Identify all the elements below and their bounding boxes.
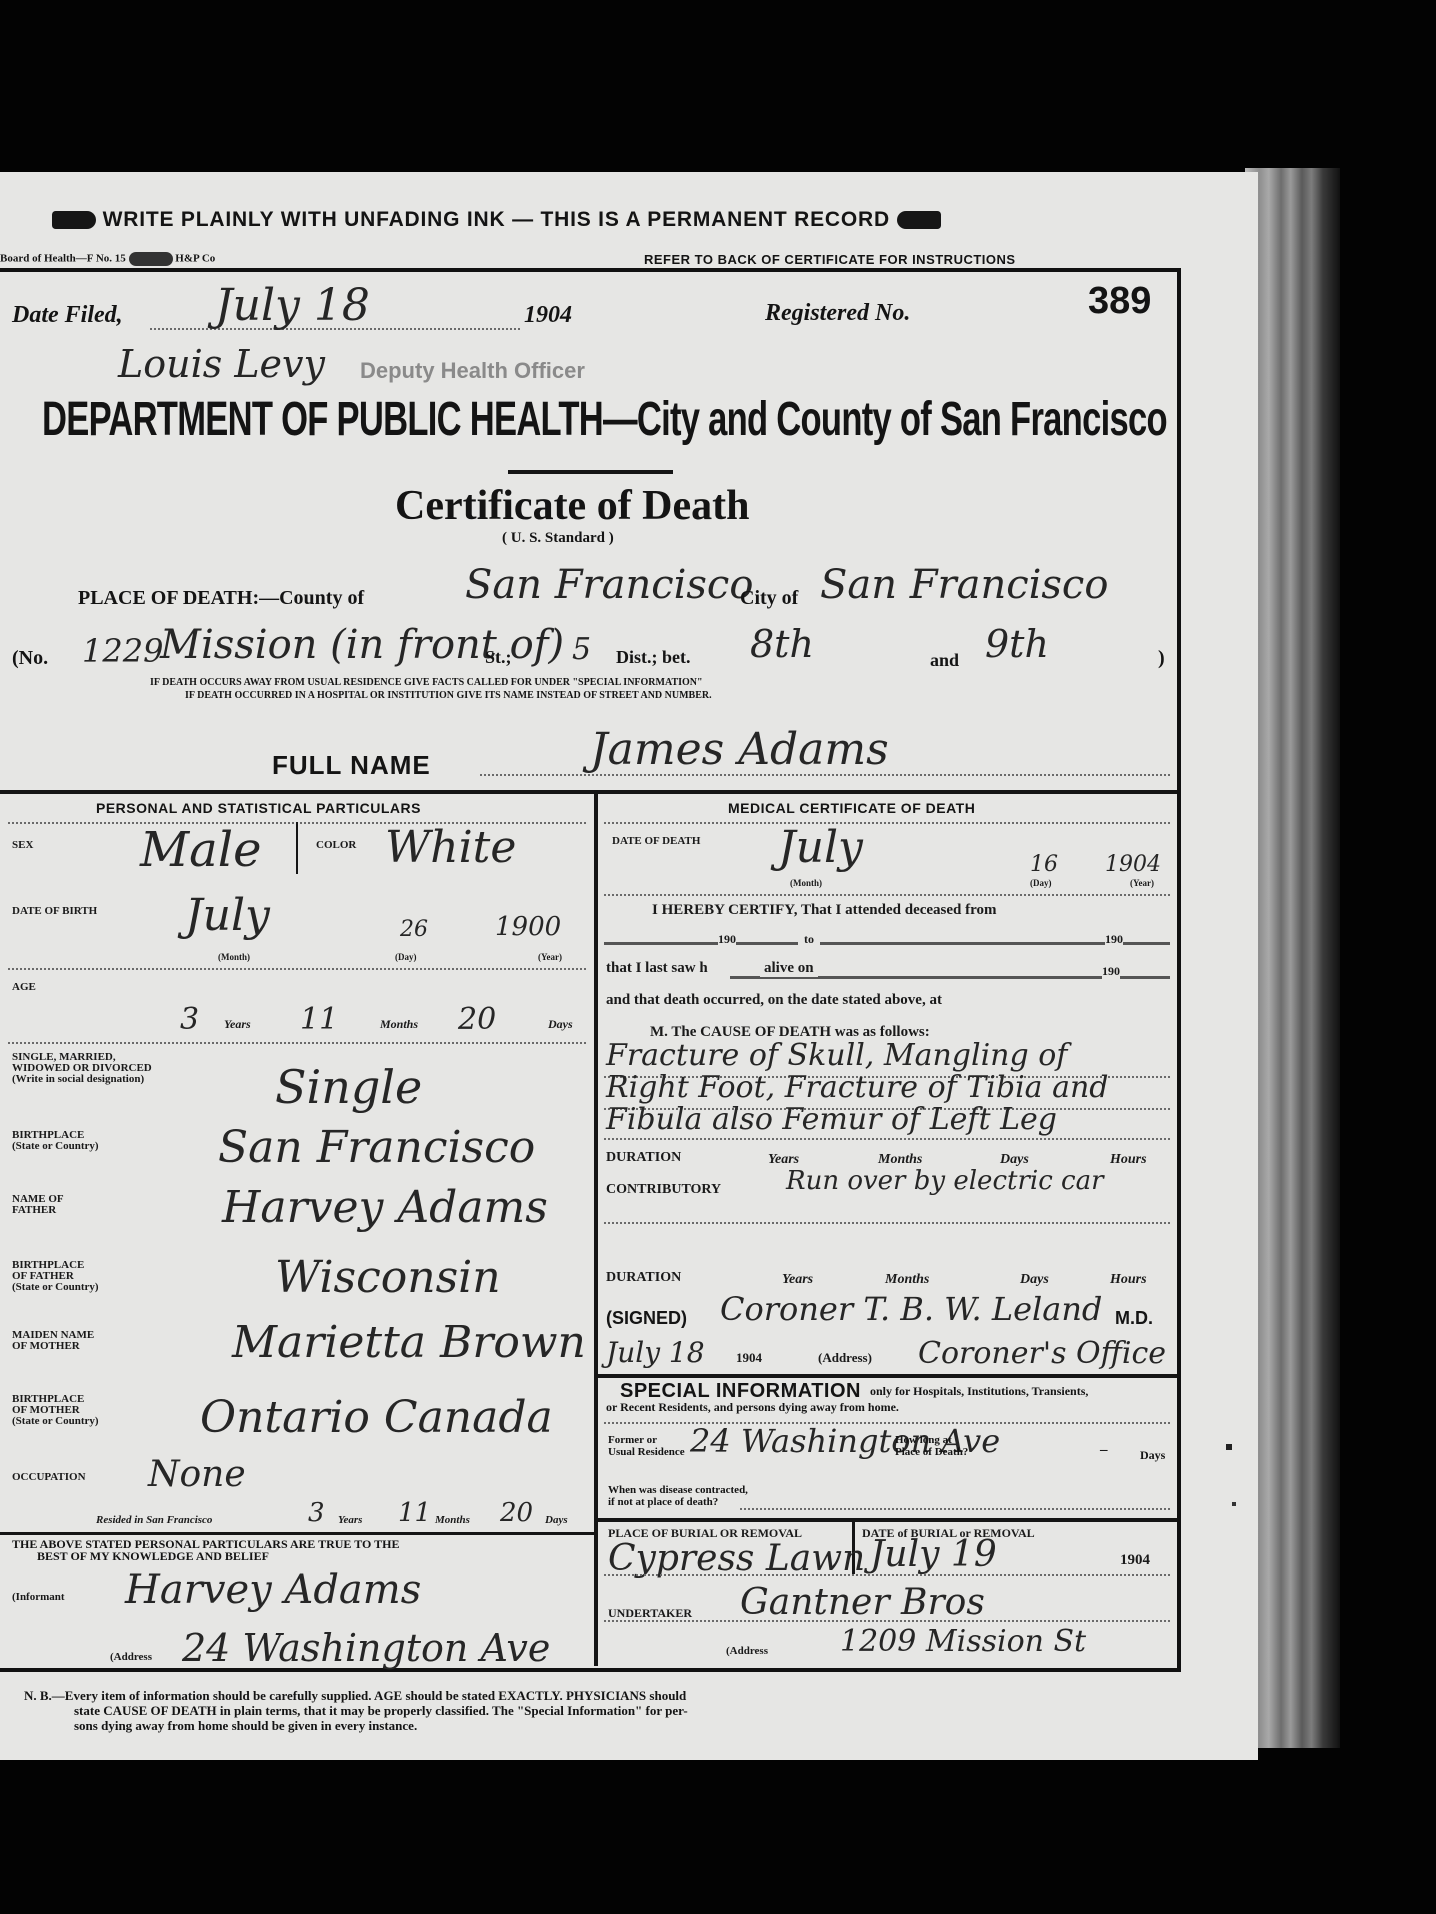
age-months: 11 [300, 1002, 338, 1037]
cause-line-3: Fibula also Femur of Left Leg [606, 1102, 1057, 1137]
certificate-title: Certificate of Death [395, 482, 750, 530]
personal-section-title: PERSONAL AND STATISTICAL PARTICULARS [96, 800, 421, 816]
street-no-label: (No. [12, 647, 48, 670]
burial-place-value: Cypress Lawn [608, 1538, 865, 1579]
full-name-label: FULL NAME [272, 750, 431, 781]
officer-signature: Louis Levy [118, 342, 325, 386]
color-value: White [385, 822, 516, 873]
date-of-death-label: DATE OF DEATH [612, 836, 700, 847]
father-birthplace-value: Wisconsin [275, 1252, 501, 1303]
age-label: AGE [12, 982, 36, 993]
undertaker-value: Gantner Bros [740, 1582, 985, 1623]
place-note-2: IF DEATH OCCURRED IN A HOSPITAL OR INSTI… [185, 690, 712, 701]
dist-label: Dist.; bet. [616, 647, 691, 668]
sign-address-value: Coroner's Office [918, 1336, 1166, 1371]
mother-name-value: Marietta Brown [232, 1317, 586, 1368]
pointing-hand-icon [52, 211, 96, 229]
registered-number: 389 [1088, 280, 1151, 323]
and-label: and [930, 650, 959, 671]
city-label: City of [740, 587, 798, 610]
duration-label: DURATION [606, 1152, 681, 1163]
sign-year: 1904 [736, 1350, 762, 1366]
mother-birthplace-value: Ontario Canada [200, 1392, 553, 1443]
banner-text: WRITE PLAINLY WITH UNFADING INK — THIS I… [103, 208, 890, 231]
dob-month: July [185, 890, 270, 941]
instructions-note: REFER TO BACK OF CERTIFICATE FOR INSTRUC… [644, 252, 1016, 267]
union-label-seal-icon [129, 252, 173, 266]
mother-birthplace-label: BIRTHPLACEOF MOTHER(State or Country) [12, 1394, 99, 1427]
footnote: N. B.—Every item of information should b… [24, 1688, 688, 1733]
registered-no-label: Registered No. [765, 300, 910, 327]
resided-label: Resided in San Francisco [96, 1514, 212, 1526]
dob-year: 1900 [495, 912, 561, 942]
st-label: St.; [485, 647, 512, 668]
mother-name-label: MAIDEN NAMEOF MOTHER [12, 1330, 94, 1352]
father-name-value: Harvey Adams [222, 1182, 548, 1233]
informant-address-value: 24 Washington Ave [182, 1626, 550, 1670]
form-number: Board of Health—F No. 15 H&P Co [0, 252, 215, 266]
disease-contracted-label: When was disease contracted,if not at pl… [608, 1484, 748, 1508]
date-filed-year: 1904 [524, 302, 572, 329]
sign-date: July 18 [606, 1336, 705, 1369]
dob-day: 26 [400, 917, 428, 942]
place-of-death-label: PLACE OF DEATH:—County of [78, 587, 364, 610]
birthplace-value: San Francisco [218, 1122, 535, 1173]
occupation-value: None [148, 1454, 246, 1495]
contributory-value: Run over by electric car [786, 1166, 1104, 1196]
county-value: San Francisco [465, 562, 753, 608]
contributory-label: CONTRIBUTORY [606, 1184, 721, 1195]
between-street-1: 8th [750, 622, 814, 666]
signed-label: (SIGNED) [606, 1308, 687, 1329]
undertaker-label: UNDERTAKER [608, 1608, 692, 1619]
date-filed-value: July 18 [215, 280, 370, 331]
father-birthplace-label: BIRTHPLACEOF FATHER(State or Country) [12, 1260, 99, 1293]
department-title: DEPARTMENT OF PUBLIC HEALTH—City and Cou… [42, 392, 1122, 447]
resided-months: 11 [398, 1498, 431, 1528]
burial-year: 1904 [1120, 1552, 1150, 1569]
md-label: M.D. [1115, 1308, 1153, 1329]
district-value: 5 [572, 632, 591, 667]
sign-address-label: (Address) [818, 1350, 872, 1366]
full-name-value: James Adams [590, 724, 889, 775]
marital-status-value: Single [275, 1060, 422, 1114]
death-occurred-text: and that death occurred, on the date sta… [606, 992, 942, 1009]
cause-line-2: Right Foot, Fracture of Tibia and [606, 1070, 1109, 1105]
occupation-label: OCCUPATION [12, 1472, 86, 1483]
between-street-2: 9th [985, 622, 1049, 666]
physician-signature: Coroner T. B. W. Leland [720, 1290, 1102, 1328]
pointing-hand-icon [897, 211, 941, 229]
informant-value: Harvey Adams [125, 1567, 421, 1613]
stray-mark [1232, 1502, 1236, 1506]
place-note-1: IF DEATH OCCURS AWAY FROM USUAL RESIDENC… [150, 677, 703, 688]
father-name-label: NAME OFFATHER [12, 1194, 64, 1216]
book-page-edges [1245, 168, 1340, 1748]
stray-mark [1226, 1444, 1232, 1450]
cause-line-1: Fracture of Skull, Mangling of [606, 1038, 1067, 1073]
certificate-paper: WRITE PLAINLY WITH UNFADING INK — THIS I… [0, 172, 1258, 1760]
undertaker-address-value: 1209 Mission St [840, 1624, 1086, 1659]
informant-label: (Informant [12, 1592, 65, 1603]
city-value: San Francisco [820, 562, 1108, 608]
dod-month: July [778, 822, 863, 873]
how-long-label: How long atPlace of Death? [895, 1434, 968, 1458]
informant-address-label: (Address [110, 1652, 152, 1663]
date-filed-label: Date Filed, [12, 302, 123, 329]
banner: WRITE PLAINLY WITH UNFADING INK — THIS I… [52, 208, 941, 232]
resided-years: 3 [308, 1498, 325, 1528]
former-residence-label: Former orUsual Residence [608, 1434, 685, 1458]
marital-label: SINGLE, MARRIED,WIDOWED OR DIVORCED(Writ… [12, 1052, 152, 1085]
color-label: COLOR [316, 840, 356, 851]
burial-date-value: July 19 [870, 1534, 997, 1575]
dob-label: DATE OF BIRTH [12, 906, 97, 917]
sex-label: SEX [12, 840, 33, 851]
duration-2-label: DURATION [606, 1272, 681, 1283]
officer-title-stamp: Deputy Health Officer [360, 358, 585, 384]
birthplace-label: BIRTHPLACE(State or Country) [12, 1130, 99, 1152]
age-years: 3 [180, 1002, 199, 1037]
sex-value: Male [140, 822, 262, 878]
undertaker-address-label: (Address [726, 1646, 768, 1657]
resided-days: 20 [500, 1498, 533, 1528]
medical-section-title: MEDICAL CERTIFICATE OF DEATH [728, 800, 975, 816]
dod-year: 1904 [1105, 852, 1161, 877]
dod-day: 16 [1030, 852, 1058, 877]
age-days: 20 [458, 1002, 496, 1037]
us-standard-label: ( U. S. Standard ) [502, 530, 614, 547]
street-number: 1229 [82, 632, 163, 670]
attestation-text: THE ABOVE STATED PERSONAL PARTICULARS AR… [12, 1538, 399, 1562]
certify-statement: I HEREBY CERTIFY, That I attended deceas… [652, 902, 997, 919]
how-long-value: – [1100, 1442, 1108, 1459]
